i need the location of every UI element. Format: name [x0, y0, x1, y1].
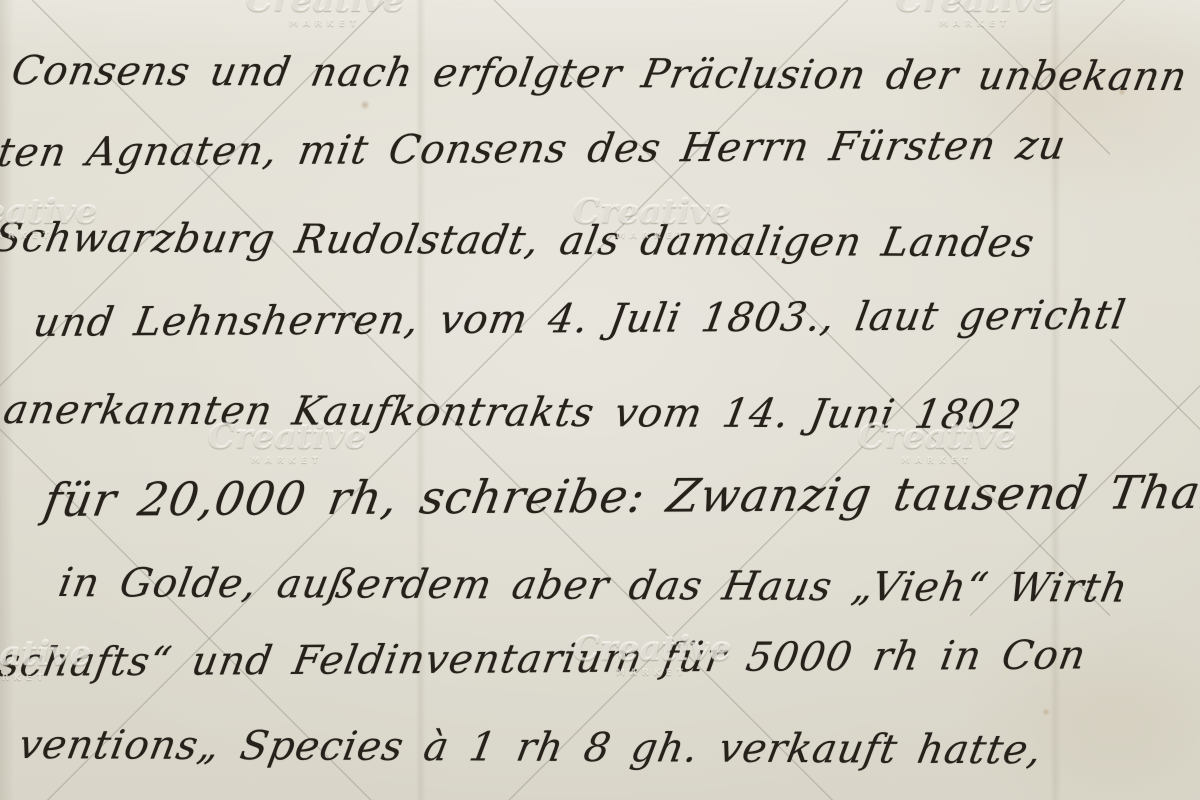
manuscript-line-1: Consens und nach erfolgter Präclusion de…: [8, 48, 1191, 100]
manuscript-line-7: in Golde, außerdem aber das Haus „Vieh“ …: [55, 560, 1132, 612]
manuscript-line-5: anerkannten Kaufkontrakts vom 14. Juni 1…: [0, 387, 1025, 438]
manuscript-line-2: ten Agnaten, mit Consens des Herrn Fürst…: [0, 123, 1070, 176]
manuscript-line-6: für 20,000 rh, schreibe: Zwanzig tausend…: [40, 465, 1200, 527]
creativemarket-watermark: Creative MARKET: [246, 0, 405, 29]
manuscript-line-3: Schwarzburg Rudolstadt, als damaligen La…: [0, 215, 1038, 266]
watermark-caps-text: MARKET: [208, 457, 367, 466]
watermark-script-text: Creative: [896, 0, 1055, 17]
creativemarket-watermark: Creative MARKET: [896, 0, 1055, 29]
manuscript-line-9: ventions„ Species à 1 rh 8 gh. verkauft …: [15, 722, 1046, 773]
watermark-caps-text: MARKET: [858, 457, 1017, 466]
manuscript-photo: Consens und nach erfolgter Präclusion de…: [0, 0, 1200, 800]
manuscript-line-8: schafts“ und Feldinventarium für 5000 rh…: [0, 632, 1090, 686]
watermark-script-text: Creative: [246, 0, 405, 17]
manuscript-line-4: und Lehnsherren, vom 4. Juli 1803., laut…: [30, 292, 1129, 346]
watermark-caps-text: MARKET: [896, 20, 1055, 29]
watermark-caps-text: MARKET: [246, 20, 405, 29]
